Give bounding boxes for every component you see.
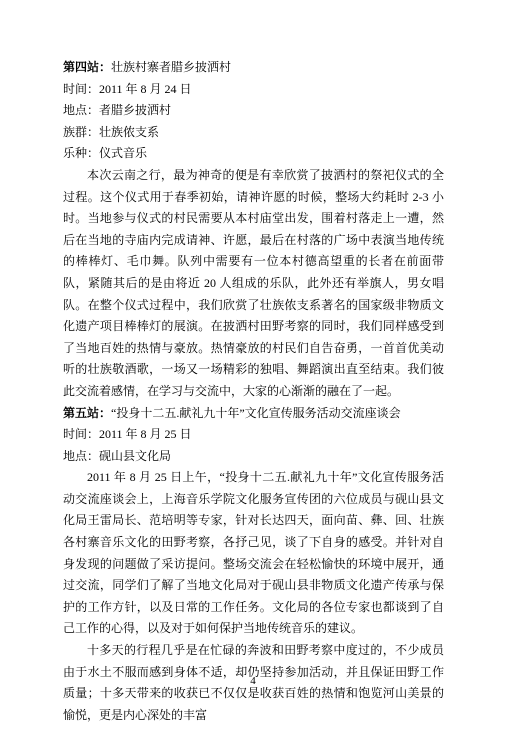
paragraph: 本次云南之行，最为神奇的便是有幸欣赏了披洒村的祭祀仪式的全过程。这个仪式用于春季… — [63, 165, 444, 403]
section-heading-station5: 第五站：“投身十二五.献礼九十年”文化宣传服务活动交流座谈会 — [63, 403, 444, 425]
section-heading-label: 第五站： — [63, 406, 111, 420]
meta-line-music-genre: 乐种：仪式音乐 — [63, 143, 444, 165]
document-content: 第四站：壮族村寨者腊乡披洒村 时间：2011 年 8 月 24 日 地点：者腊乡… — [63, 57, 444, 726]
section-heading-label: 第四站： — [63, 60, 111, 74]
section-heading-title: “投身十二五.献礼九十年”文化宣传服务活动交流座谈会 — [111, 406, 401, 420]
meta-line-location: 地点：砚山县文化局 — [63, 446, 444, 468]
section-heading-title: 壮族村寨者腊乡披洒村 — [111, 60, 231, 74]
meta-line-time: 时间：2011 年 8 月 24 日 — [63, 79, 444, 101]
document-page: 第四站：壮族村寨者腊乡披洒村 时间：2011 年 8 月 24 日 地点：者腊乡… — [0, 0, 506, 733]
page-number: 4 — [0, 674, 506, 688]
section-heading-station4: 第四站：壮族村寨者腊乡披洒村 — [63, 57, 444, 79]
meta-line-ethnic-group: 族群：壮族侬支系 — [63, 122, 444, 144]
meta-line-time: 时间：2011 年 8 月 25 日 — [63, 424, 444, 446]
meta-line-location: 地点：者腊乡披洒村 — [63, 100, 444, 122]
paragraph: 2011 年 8 月 25 日上午，“投身十二五.献礼九十年”文化宣传服务活动交… — [63, 467, 444, 640]
